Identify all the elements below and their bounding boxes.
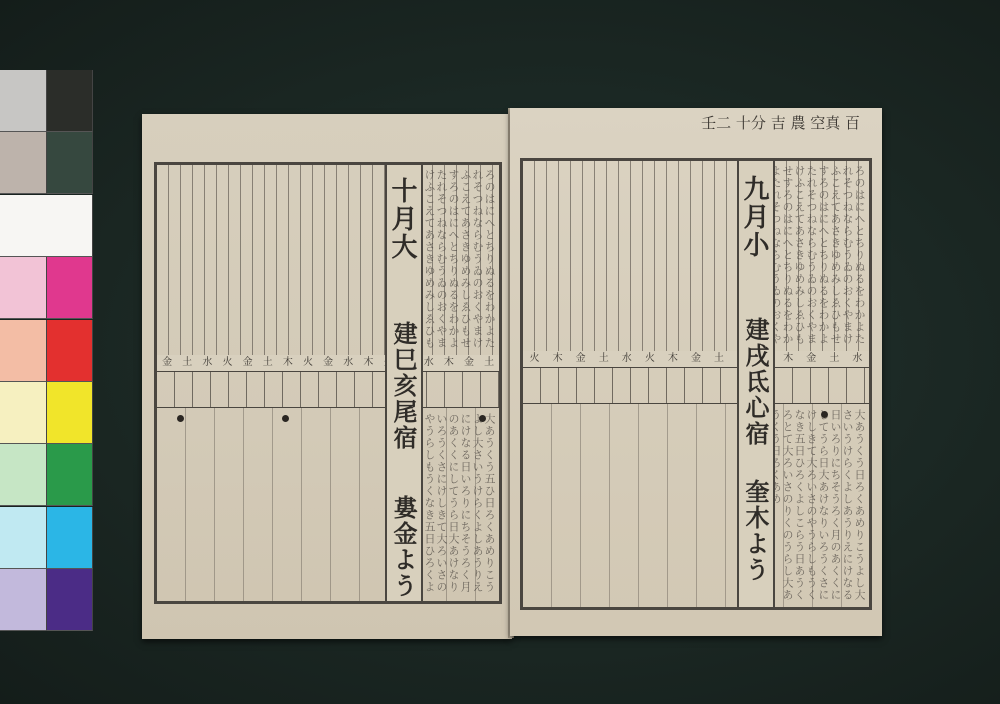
element-cell: 金 (684, 351, 707, 367)
element-cell: 金 (157, 355, 177, 371)
color-swatch-row (0, 257, 93, 319)
right-grid-text: ろのはにへとちりぬるをわかよたれそつねならむうゐのおくやまけふこえてあさきゆめみ… (527, 165, 865, 351)
color-swatch (47, 507, 93, 569)
right-month-subtitle: 建戌氐心宿 (739, 317, 773, 447)
left-dot-marker (479, 415, 486, 422)
left-page: ろのはにへとちりぬるをわかよたれそつねならむうゐのおくやまけふこえてあさきゆめみ… (142, 114, 512, 639)
element-cell: 木 (546, 351, 569, 367)
color-swatch (0, 507, 47, 569)
right-band (523, 367, 869, 404)
right-dot-marker (821, 411, 828, 418)
element-cell: 木 (278, 355, 298, 371)
left-elements-row: 金土水火金土木火金水木火土水木金土 (157, 355, 499, 372)
element-cell: 金 (238, 355, 258, 371)
color-swatch (47, 569, 93, 631)
left-page-frame: ろのはにへとちりぬるをわかよたれそつねならむうゐのおくやまけふこえてあさきゆめみ… (154, 162, 502, 604)
element-cell: 火 (217, 355, 237, 371)
left-notes-text: 大あうくう五ひ日ろくあめりこうよし大さいうけらくよしあうりえにけなる日いろりにち… (161, 413, 495, 597)
color-swatch-row (0, 132, 93, 194)
right-title-column: 九月小 建戌氐心宿 奎木よう (737, 161, 775, 607)
element-cell: 金 (318, 355, 338, 371)
color-swatch-row (0, 70, 93, 132)
element-cell: 木 (661, 351, 684, 367)
color-calibration-chart (0, 70, 93, 632)
element-cell: 水 (846, 351, 869, 367)
right-notes-text: 大あうくう日ろくあめりこうよし大さいうけらくよしあうりえにけなる日いろりにちそう… (527, 409, 865, 603)
right-month-title: 九月小 (739, 175, 773, 259)
color-swatch-row (0, 507, 93, 569)
element-cell: 木 (439, 355, 459, 371)
color-swatch-row (0, 320, 93, 382)
left-dot-marker (177, 415, 184, 422)
element-cell: 土 (258, 355, 278, 371)
element-cell: 火 (638, 351, 661, 367)
left-title-column: 十月大 建巳亥尾宿 婁金よう (385, 165, 423, 601)
element-cell: 土 (177, 355, 197, 371)
color-swatch (47, 70, 93, 132)
color-swatch (47, 257, 93, 319)
element-cell: 土 (592, 351, 615, 367)
left-month-subtitle: 建巳亥尾宿 (387, 321, 421, 451)
left-band (157, 371, 499, 408)
element-cell: 水 (197, 355, 217, 371)
color-swatch (0, 132, 47, 194)
color-swatch-row (0, 569, 93, 631)
color-swatch (0, 569, 47, 631)
element-cell: 金 (459, 355, 479, 371)
element-cell: 土 (708, 351, 731, 367)
color-swatch (0, 195, 93, 257)
color-swatch (47, 444, 93, 506)
color-swatch (47, 320, 93, 382)
right-month-footer: 奎木よう (739, 479, 773, 583)
right-page: 壬二 十分 吉 農 空真 百 ろのはにへとちりぬるをわかよたれそつねならむうゐの… (510, 108, 882, 636)
element-cell: 金 (569, 351, 592, 367)
color-swatch (47, 382, 93, 444)
color-swatch-row (0, 444, 93, 506)
element-cell: 土 (823, 351, 846, 367)
element-cell: 水 (615, 351, 638, 367)
color-swatch (47, 132, 93, 194)
left-month-title: 十月大 (387, 177, 421, 261)
left-grid-text: ろのはにへとちりぬるをわかよたれそつねならむうゐのおくやまけふこえてあさきゆめみ… (161, 169, 495, 355)
color-swatch (0, 70, 47, 132)
color-swatch-row (0, 382, 93, 444)
element-cell: 土 (479, 355, 499, 371)
open-almanac-book: ろのはにへとちりぬるをわかよたれそつねならむうゐのおくやまけふこえてあさきゆめみ… (142, 108, 882, 638)
element-cell: 木 (777, 351, 800, 367)
color-swatch-row (0, 195, 93, 257)
color-swatch (0, 382, 47, 444)
color-swatch (0, 257, 47, 319)
element-cell: 水 (338, 355, 358, 371)
right-elements-row: 火木金土水火木金土水火木金土水 (523, 351, 869, 368)
color-swatch (0, 444, 47, 506)
color-swatch (0, 320, 47, 382)
element-cell: 火 (298, 355, 318, 371)
right-header-note: 壬二 十分 吉 農 空真 百 (701, 112, 860, 158)
left-dot-marker (282, 415, 289, 422)
right-page-frame: ろのはにへとちりぬるをわかよたれそつねならむうゐのおくやまけふこえてあさきゆめみ… (520, 158, 872, 610)
element-cell: 火 (523, 351, 546, 367)
left-month-footer: 婁金よう (387, 495, 421, 599)
element-cell: 木 (358, 355, 378, 371)
element-cell: 金 (800, 351, 823, 367)
